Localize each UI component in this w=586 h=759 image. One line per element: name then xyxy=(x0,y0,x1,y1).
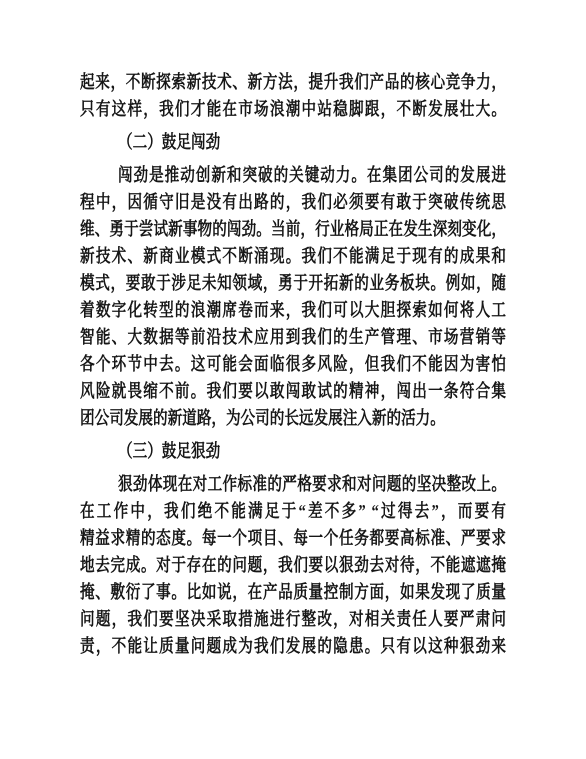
section-heading: （三）鼓足狠劲 xyxy=(80,436,506,470)
section-heading: （二）鼓足闯劲 xyxy=(80,127,506,161)
text-block: 起来，不断探索新技术、新方法，提升我们产品的核心竞争力，只有这样，我们才能在市场… xyxy=(80,70,506,661)
document-line: 团公司发展的新道路，为公司的长远发展注入新的活力。 xyxy=(80,403,506,437)
document-line: 责，不能让质量问题成为我们发展的隐患。只有以这种狠劲来 xyxy=(80,631,506,665)
document-page: 起来，不断探索新技术、新方法，提升我们产品的核心竞争力，只有这样，我们才能在市场… xyxy=(0,0,586,759)
document-line: 只有这样，我们才能在市场浪潮中站稳脚跟，不断发展壮大。 xyxy=(80,94,506,128)
